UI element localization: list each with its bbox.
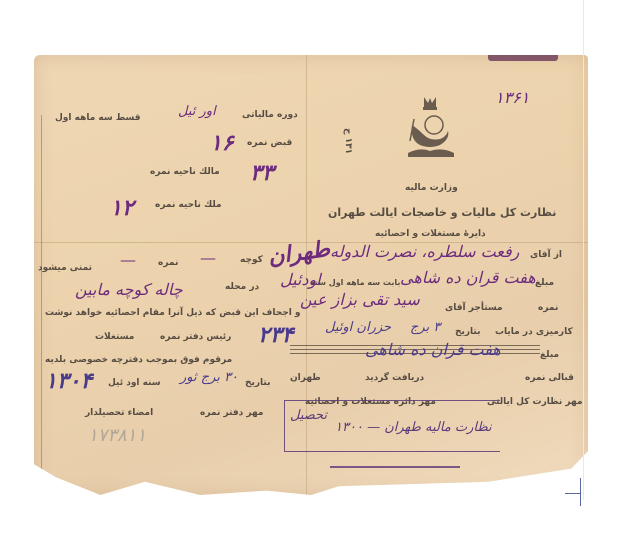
stub-period-tail: قسط سه ماهه اول bbox=[55, 113, 141, 123]
district-label: در محله bbox=[225, 282, 259, 292]
stub-period-label: دوره مالیاتی bbox=[242, 110, 298, 120]
department-name: دایرهٔ مستغلات و احصائیه bbox=[375, 229, 486, 239]
from-value: رفعت سلطره، نصرت الدوله bbox=[330, 242, 519, 261]
address-street-value: — bbox=[200, 248, 216, 267]
address-number-label: نمره bbox=[158, 258, 178, 268]
signature-collector: امضاء تحصیلدار bbox=[85, 408, 153, 418]
stub-period-value: اور ئیل bbox=[178, 104, 216, 119]
ministry-name: وزارت مالیه bbox=[405, 183, 458, 193]
city-date-label: بتاریخ bbox=[245, 378, 270, 388]
tenant-value: سید تقی بزاز عین bbox=[300, 290, 420, 309]
amount-value: هفت قران ده شاهی bbox=[400, 268, 536, 287]
tenant-printed-tail: و اجحاف این قبض که ذیل آنرا مقام احصائیه… bbox=[45, 308, 301, 318]
address-number-value: — bbox=[120, 250, 136, 269]
amount-printed-tail: بابت سه ماهه اول سنه bbox=[310, 278, 400, 287]
scan-edge-line bbox=[583, 0, 584, 500]
stub-property-district-label: ملك ناحیه نمره bbox=[155, 200, 222, 210]
stub-owner-district-value: ۳۳ bbox=[250, 160, 274, 186]
receipt-number-label: قبالی نمره bbox=[525, 373, 574, 383]
registry-value: ۲۳۴ bbox=[258, 322, 293, 348]
office-name: نظارت کل مالیات و خاصجات ایالت طهران bbox=[328, 206, 556, 219]
scan-crop-mark bbox=[580, 478, 581, 506]
amount-year-value: اودئیل bbox=[280, 270, 321, 289]
tenant-label: مستأجر آقای bbox=[445, 303, 503, 313]
scan-crop-mark-h bbox=[565, 493, 581, 494]
corner-number: ۱۳۶۱ bbox=[495, 88, 529, 107]
address-street-label: کوچه bbox=[240, 255, 263, 265]
signature-registry: مهر دفتر نمره bbox=[200, 408, 264, 418]
registry-label: رئیس دفتر نمره bbox=[160, 332, 231, 342]
registered-text: مرقوم فوق بموجب دفترچه خصوصی بلدیه bbox=[45, 355, 232, 365]
stub-property-district-value: ۱۲ bbox=[110, 195, 134, 221]
collection-label: کارمیزی در مایاب bbox=[495, 327, 573, 337]
pencil-note: ۱۷۳۸۱۱ bbox=[88, 425, 146, 446]
stub-receipt-value: ۱۶ bbox=[210, 130, 234, 156]
city-label: طهران bbox=[290, 373, 321, 383]
year-label: سنه اود ئیل bbox=[108, 378, 161, 388]
stub-margin-line bbox=[41, 115, 42, 475]
number-label: نمره bbox=[538, 303, 558, 313]
lion-and-sun-emblem-icon bbox=[400, 95, 460, 165]
stamp-handwritten: تحصیل bbox=[290, 408, 327, 423]
signature-general-office: مهر نظارت کل ایالتی bbox=[487, 397, 583, 407]
month-value: حزران اوئیل bbox=[325, 320, 391, 335]
stamp-underline bbox=[330, 466, 460, 468]
received-amount-label: مبلغ bbox=[540, 350, 559, 360]
stub-receipt-label: قبض نمره bbox=[247, 138, 292, 148]
address-suffix: تمنی میشود bbox=[38, 263, 92, 273]
date-label: بتاریخ bbox=[455, 327, 480, 337]
received-text: دریافت گردید bbox=[365, 373, 424, 383]
stamp-text: نظارت مالیه طهران — ۱۳۰۰ bbox=[335, 420, 492, 435]
serial-number: ۱۳۱ ج bbox=[343, 128, 353, 154]
stub-owner-district-label: مالك ناحیه نمره bbox=[150, 167, 220, 177]
ink-stain bbox=[488, 55, 558, 61]
registry-suffix: مستغلات bbox=[95, 332, 134, 342]
city-date-value: ۳۰ برج ثور bbox=[180, 370, 238, 385]
received-amount-value: هفت قران ده شاهی bbox=[365, 340, 501, 359]
year-value: ۱۳۰۴ bbox=[45, 368, 92, 394]
district-value: چاله کوچه مابین bbox=[75, 280, 183, 299]
date-value: ۳ برج bbox=[410, 320, 440, 335]
from-label: از آقای bbox=[530, 250, 562, 260]
amount-label: مبلغ bbox=[535, 278, 554, 288]
